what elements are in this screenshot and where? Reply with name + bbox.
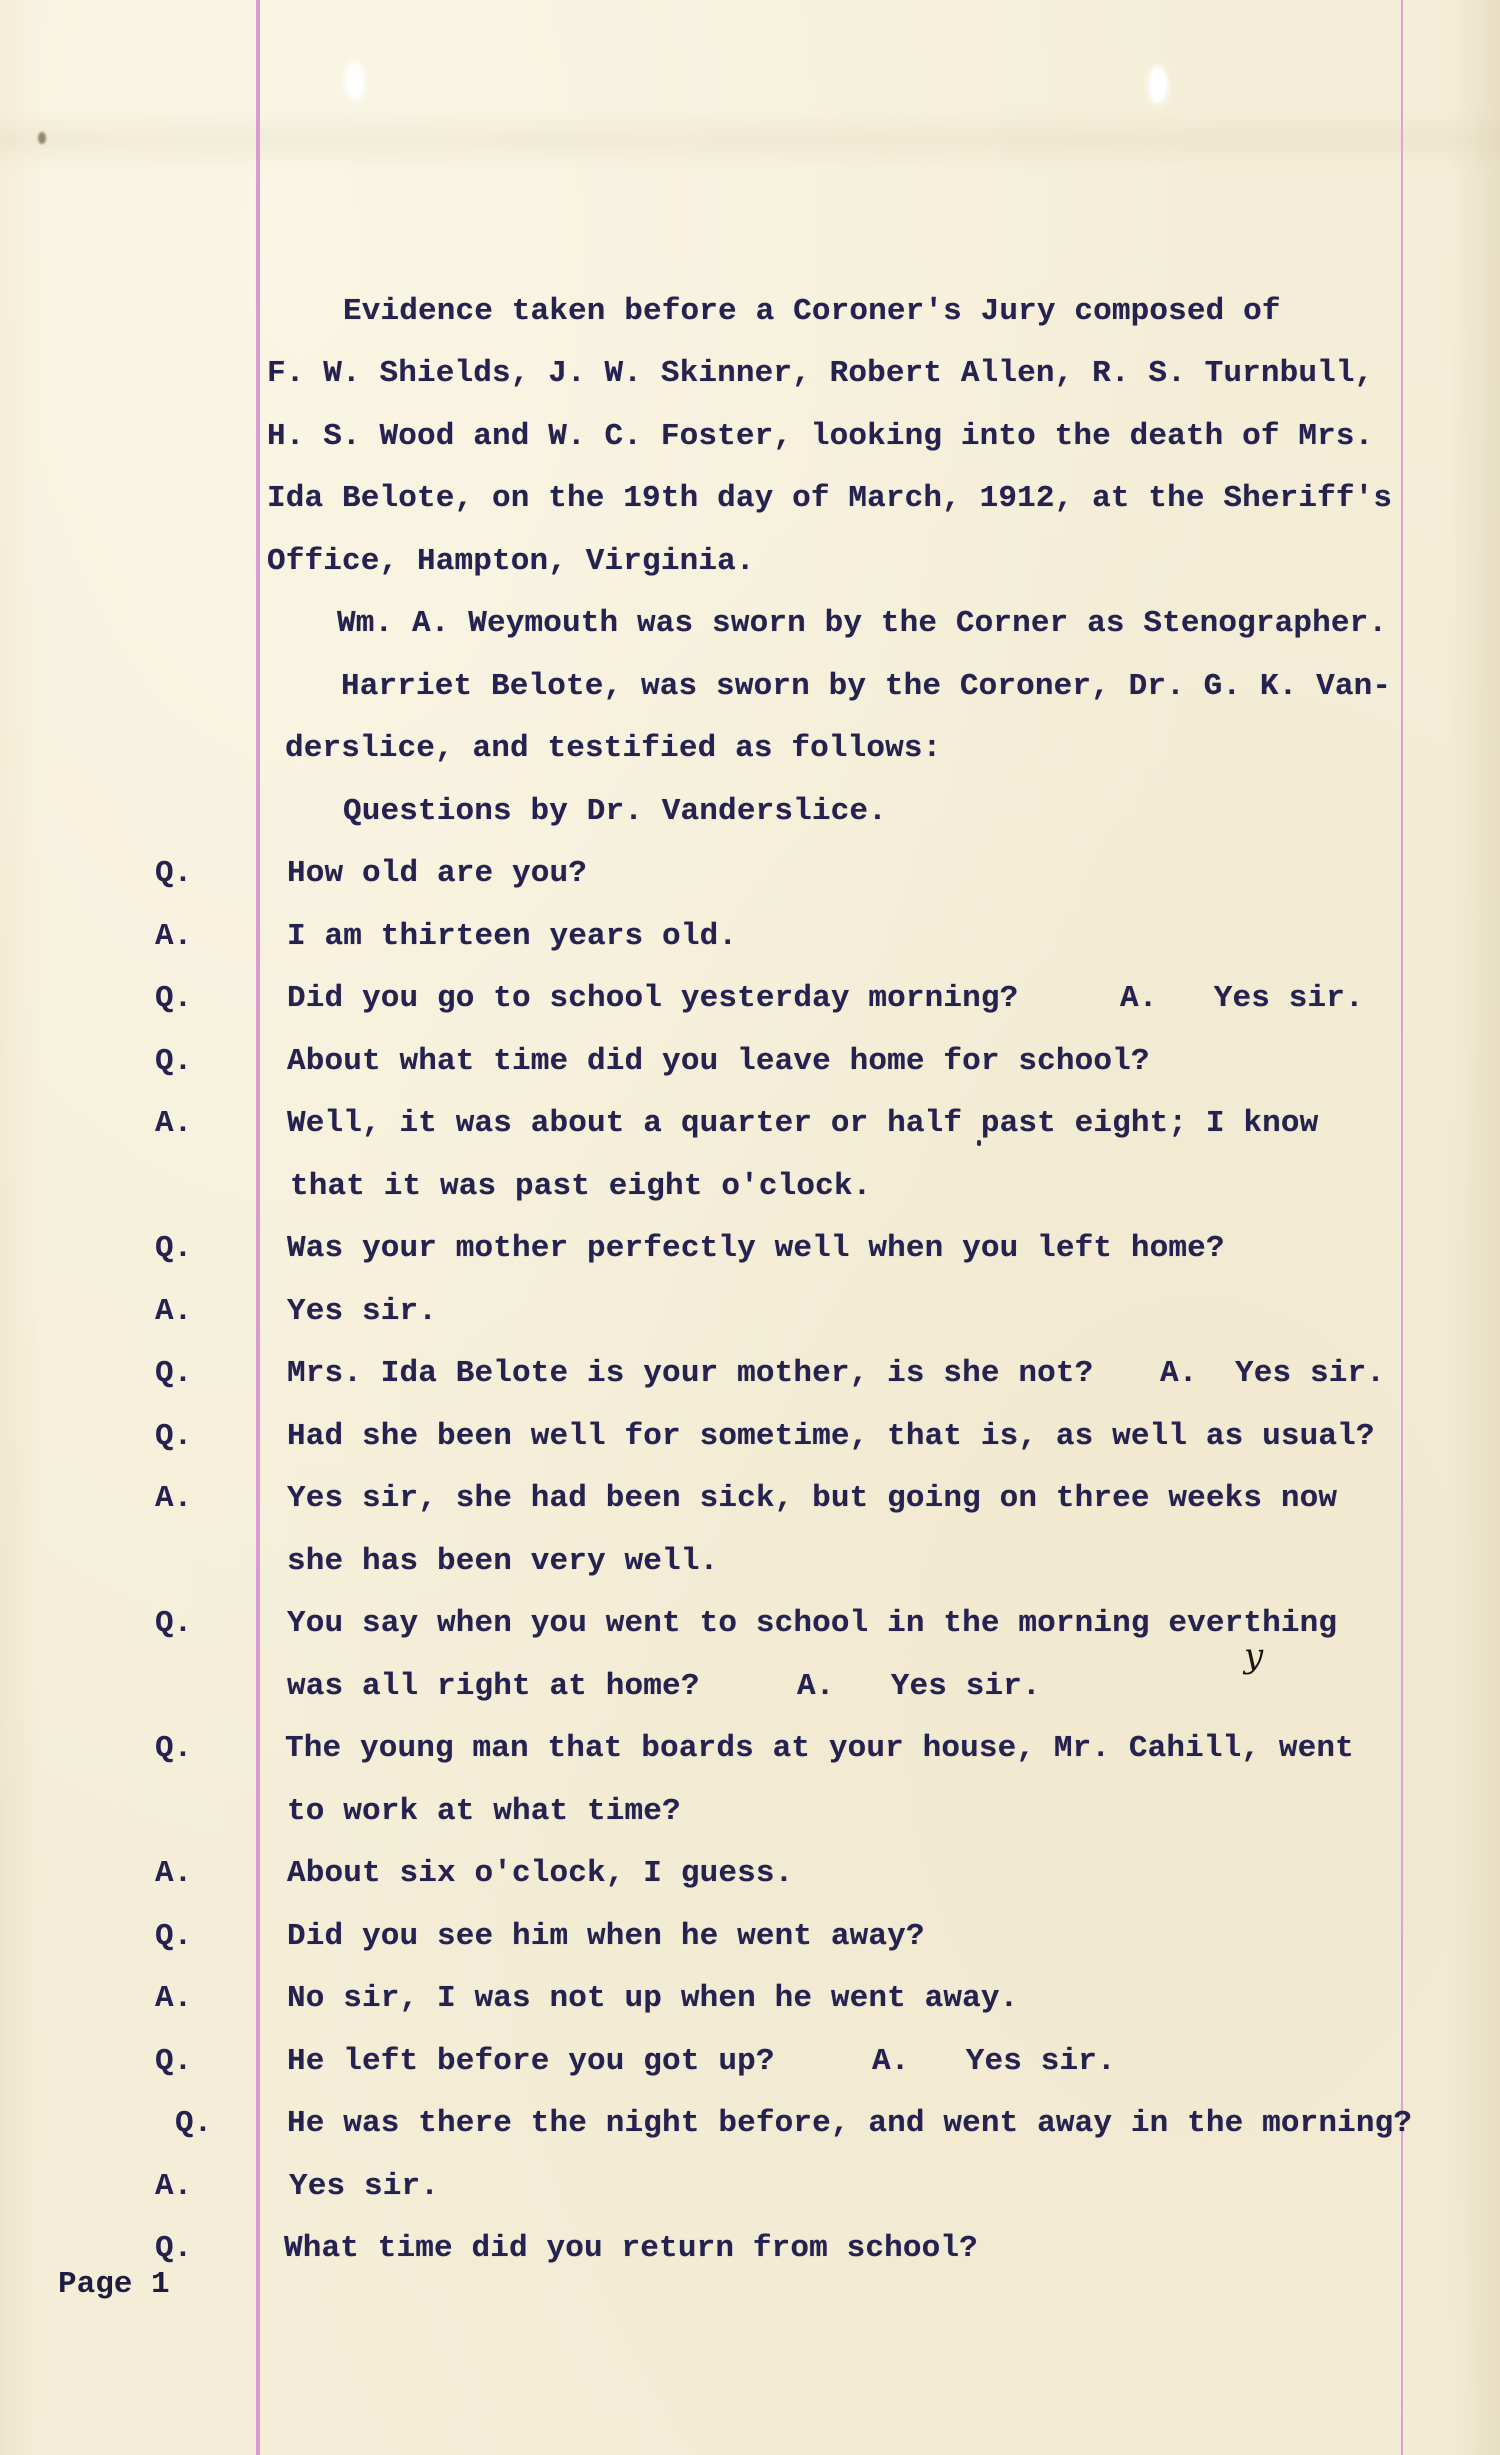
testimony-line: How old are you?	[287, 856, 587, 892]
left-margin-rule	[256, 0, 260, 2455]
a-label: A.	[155, 1294, 192, 1330]
q-label: Q.	[155, 1919, 192, 1955]
paper-fold-shadow	[0, 110, 1500, 170]
punch-hole-left	[347, 64, 363, 98]
testimony-line: Yes sir.	[287, 1294, 437, 1330]
q-label: Q.	[155, 856, 192, 892]
testimony-line: No sir, I was not up when he went away.	[287, 1981, 1018, 2017]
testimony-line: Yes sir, she had been sick, but going on…	[287, 1481, 1337, 1517]
a-label: A.	[155, 1981, 192, 2017]
inline-answer: A. Yes sir.	[872, 2044, 1116, 2080]
preamble-line-2: F. W. Shields, J. W. Skinner, Robert All…	[267, 356, 1373, 392]
q-label: Q.	[155, 2044, 192, 2080]
typed-caret-mark	[977, 1140, 981, 1146]
testimony-line: The young man that boards at your house,…	[285, 1731, 1354, 1767]
witness-line-2: derslice, and testified as follows:	[285, 731, 941, 767]
testimony-line: Was your mother perfectly well when you …	[287, 1231, 1225, 1267]
testimony-line: Well, it was about a quarter or half pas…	[287, 1106, 1318, 1142]
testimony-line: About what time did you leave home for s…	[287, 1044, 1150, 1080]
q-label: Q.	[155, 1419, 192, 1455]
inline-answer: A. Yes sir.	[797, 1669, 1041, 1705]
stenographer-line: Wm. A. Weymouth was sworn by the Corner …	[337, 606, 1387, 642]
a-label: A.	[155, 1106, 192, 1142]
testimony-line: About six o'clock, I guess.	[287, 1856, 793, 1892]
witness-line-1: Harriet Belote, was sworn by the Coroner…	[341, 669, 1391, 705]
q-label: Q.	[155, 1356, 192, 1392]
q-label: Q.	[155, 981, 192, 1017]
page-number: Page 1	[58, 2267, 170, 2303]
q-label: Q.	[175, 2106, 212, 2142]
a-label: A.	[155, 1856, 192, 1892]
testimony-line: was all right at home?	[287, 1669, 700, 1705]
testimony-line: What time did you return from school?	[284, 2231, 978, 2267]
preamble-line-4: Ida Belote, on the 19th day of March, 19…	[267, 481, 1392, 517]
punch-hole-right	[1150, 68, 1166, 102]
ink-smudge	[38, 132, 46, 144]
handwritten-y-correction: y	[1244, 1636, 1263, 1676]
a-label: A.	[155, 2169, 192, 2205]
preamble-line-3: H. S. Wood and W. C. Foster, looking int…	[267, 419, 1373, 455]
inline-answer: A. Yes sir.	[1120, 981, 1364, 1017]
testimony-line: Had she been well for sometime, that is,…	[287, 1419, 1375, 1455]
testimony-line: He left before you got up?	[287, 2044, 775, 2080]
preamble-line-1: Evidence taken before a Coroner's Jury c…	[343, 294, 1281, 330]
questions-by-heading: Questions by Dr. Vanderslice.	[343, 794, 887, 830]
testimony-line: You say when you went to school in the m…	[287, 1606, 1337, 1642]
a-label: A.	[155, 919, 192, 955]
q-label: Q.	[155, 1044, 192, 1080]
q-label: Q.	[155, 1231, 192, 1267]
right-margin-rule	[1401, 0, 1403, 2455]
preamble-line-5: Office, Hampton, Virginia.	[267, 544, 755, 580]
testimony-line: to work at what time?	[287, 1794, 681, 1830]
inline-answer: A. Yes sir.	[1160, 1356, 1385, 1392]
testimony-line: He was there the night before, and went …	[287, 2106, 1412, 2142]
q-label: Q.	[155, 1606, 192, 1642]
a-label: A.	[155, 1481, 192, 1517]
testimony-line: Yes sir.	[289, 2169, 439, 2205]
testimony-line: Mrs. Ida Belote is your mother, is she n…	[287, 1356, 1093, 1392]
testimony-line: Did you see him when he went away?	[287, 1919, 925, 1955]
testimony-line: she has been very well.	[287, 1544, 718, 1580]
testimony-line: Did you go to school yesterday morning?	[287, 981, 1018, 1017]
q-label: Q.	[155, 2231, 192, 2267]
testimony-line: that it was past eight o'clock.	[290, 1169, 871, 1205]
testimony-line: I am thirteen years old.	[287, 919, 737, 955]
q-label: Q.	[155, 1731, 192, 1767]
